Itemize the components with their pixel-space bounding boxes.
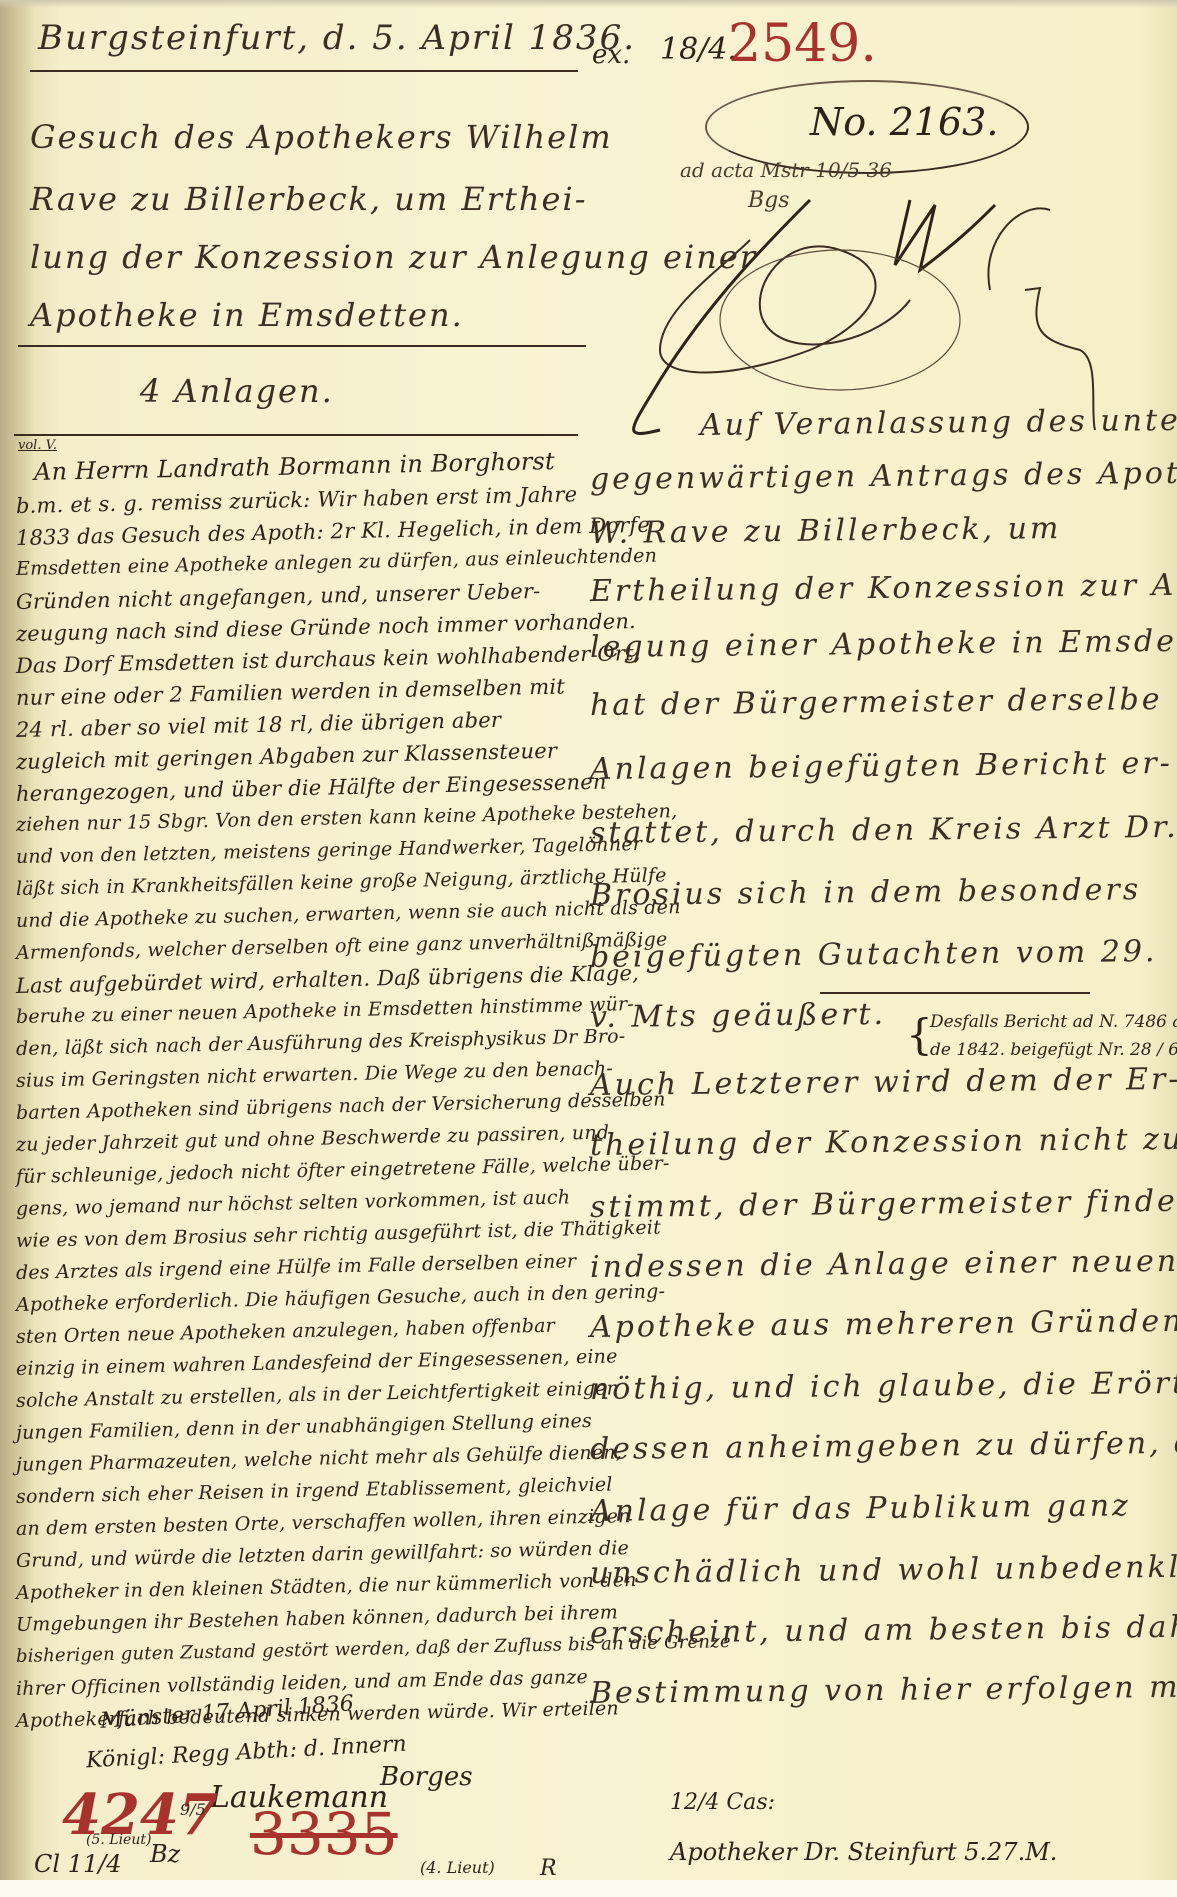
text-line: Umgebungen ihr Bestehen haben können, da…	[16, 1601, 618, 1636]
manuscript-page: Burgsteinfurt, d. 5. April 1836. ex. 18/…	[0, 0, 1177, 1897]
column-top-divider	[14, 434, 578, 436]
text-line: Armenfonds, welcher derselben oft eine g…	[16, 928, 668, 964]
text-line: gens, wo jemand nur höchst selten vorkom…	[16, 1186, 571, 1220]
text-line: Anlage für das Publikum ganz	[590, 1488, 1131, 1529]
text-line: dessen anheimgeben zu dürfen, dass die	[590, 1424, 1177, 1467]
subject-line: Rave zu Billerbeck, um Erthei-	[30, 180, 588, 218]
footnote-bottom-center: (4. Lieut)	[420, 1858, 495, 1877]
text-line: 1833 das Gesuch des Apoth: 2r Kl. Hegeli…	[16, 513, 650, 550]
page-bottom-edge	[0, 1880, 1177, 1897]
heading-underline	[30, 70, 578, 72]
text-line: für schleunige, jedoch nicht öfter einge…	[16, 1152, 670, 1188]
text-line: zu jeder Jahrzeit gut und ohne Beschwerd…	[16, 1122, 610, 1156]
enclosures-note: 4 Anlagen.	[140, 372, 334, 410]
text-line: nöthig, und ich glaube, die Erörterung	[590, 1365, 1177, 1407]
bracket-note-line2: de 1842. beigefügt Nr. 28 / 6.42	[930, 1040, 1177, 1060]
text-line: nur eine oder 2 Familien werden in demse…	[16, 675, 565, 710]
text-line: unschädlich und wohl unbedenklich	[590, 1549, 1177, 1591]
text-line: sten Orten neue Apotheken anzulegen, hab…	[16, 1315, 555, 1348]
text-line: stattet, durch den Kreis Arzt Dr.	[590, 810, 1177, 851]
ad-acta-note: ad acta Mstr 10/5 36	[680, 158, 892, 182]
text-line: an dem ersten besten Orte, verschaffen w…	[16, 1505, 631, 1540]
text-line: hat der Bürgermeister derselbe	[590, 682, 1163, 723]
lower-note-line: Apotheker Dr. Steinfurt 5.27.M.	[670, 1838, 1057, 1866]
subject-line: Gesuch des Apothekers Wilhelm	[30, 118, 613, 156]
text-line: 24 rl. aber so viel mit 18 rl, die übrig…	[16, 708, 502, 742]
text-line: beigefügten Gutachten vom 29.	[590, 934, 1158, 975]
text-line: Emsdetten eine Apotheke anlegen zu dürfe…	[16, 545, 657, 580]
flourish-signature-icon	[600, 180, 1160, 440]
text-line: Brosius sich in dem besonders	[590, 872, 1142, 913]
text-line: Auch Letzterer wird dem der Er-	[590, 1062, 1177, 1103]
text-line: theilung der Konzession nicht zu-	[590, 1122, 1177, 1163]
text-line: den, läßt sich nach der Ausführung des K…	[16, 1025, 626, 1060]
text-line: Auf Veranlassung des unterm	[700, 402, 1177, 443]
place-date-heading: Burgsteinfurt, d. 5. April 1836.	[38, 18, 636, 58]
text-line: Grund, und würde die letzten darin gewil…	[16, 1537, 629, 1572]
text-line: jungen Familien, denn in der unabhängige…	[16, 1410, 592, 1444]
text-line: Anlagen beigefügten Bericht er-	[590, 746, 1173, 787]
text-line: indessen die Anlage einer neuen	[590, 1244, 1177, 1285]
text-line: stimmt, der Bürgermeister findet	[590, 1184, 1177, 1225]
text-line: ziehen nur 15 Sbgr. Von den ersten kann …	[16, 800, 678, 836]
received-date: 18/4.	[660, 32, 737, 67]
circled-number: No. 2163.	[810, 100, 998, 144]
text-line: W. Rave zu Billerbeck, um	[590, 511, 1062, 551]
marginal-note: ex.	[592, 40, 630, 70]
text-line: jungen Pharmazeuten, welche nicht mehr a…	[16, 1441, 622, 1476]
text-line: läßt sich in Krankheitsfällen keine groß…	[16, 864, 667, 900]
text-line: gegenwärtigen Antrags des Apothekers	[590, 455, 1177, 497]
text-line: einzig in einem wahren Landesfeind der E…	[16, 1345, 618, 1380]
page-top-edge	[0, 0, 1177, 8]
text-line: v. Mts geäußert.	[590, 997, 886, 1035]
text-line: barten Apotheken sind übrigens nach der …	[16, 1088, 666, 1124]
volume-ref: vol. V.	[18, 438, 57, 453]
text-line: Bestimmung von hier erfolgen möge.	[590, 1669, 1177, 1711]
text-line: des Arztes als irgend eine Hülfe im Fall…	[16, 1250, 577, 1284]
lower-note-date: 12/4 Cas:	[670, 1790, 775, 1815]
text-line: erscheint, und am besten bis dahin	[590, 1609, 1177, 1651]
signature-borges: Borges	[380, 1762, 473, 1792]
footnote-initial: Bz	[150, 1840, 180, 1868]
red-number-fraction: 9/5	[180, 1800, 206, 1819]
red-number-struck: 3335	[250, 1800, 398, 1868]
authority-signature-line: Königl: Regg Abth: d. Innern	[86, 1732, 408, 1774]
text-line: An Herrn Landrath Bormann in Borghorst	[34, 447, 555, 486]
footnote-bottom-left: Cl 11/4	[34, 1850, 122, 1878]
text-line: Gründen nicht angefangen, und, unserer U…	[16, 579, 541, 614]
subject-line: Apotheke in Emsdetten.	[30, 296, 464, 334]
text-line: solche Anstalt zu erstellen, als in der …	[16, 1377, 616, 1412]
text-line: b.m. et s. g. remiss zurück: Wir haben e…	[16, 482, 578, 518]
text-line: legung einer Apotheke in Emsdetten,	[590, 623, 1177, 665]
text-line: sius im Geringsten nicht erwarten. Die W…	[16, 1057, 613, 1091]
text-line: und von den letzten, meistens geringe Ha…	[16, 833, 643, 868]
text-line: zugleich mit geringen Abgaben zur Klasse…	[16, 739, 558, 774]
subject-line: lung der Konzession zur Anlegung einer	[30, 238, 757, 276]
footnote-mark: R	[540, 1856, 557, 1881]
red-register-number: 2549.	[728, 14, 877, 74]
gutachten-underline	[820, 992, 1090, 994]
text-line: Apotheke erforderlich. Die häufigen Gesu…	[16, 1280, 666, 1316]
text-line: Apotheker in den kleinen Städten, die nu…	[16, 1569, 637, 1604]
text-line: wie es von dem Brosius sehr richtig ausg…	[16, 1216, 661, 1252]
text-line: Apotheke aus mehreren Gründen für	[590, 1303, 1177, 1345]
curly-bracket-icon: {	[906, 1010, 933, 1059]
text-line: beruhe zu einer neuen Apotheke in Emsdet…	[16, 993, 634, 1028]
text-line: sondern sich eher Reisen in irgend Etabl…	[16, 1474, 613, 1508]
text-line: herangezogen, und über die Hälfte der Ei…	[16, 770, 607, 806]
text-line: und die Apotheke zu suchen, erwarten, we…	[16, 896, 681, 932]
bracket-note-line1: Desfalls Bericht ad N. 7486 a	[930, 1012, 1177, 1032]
text-line: Ertheilung der Konzession zur An-	[590, 567, 1177, 609]
text-line: zeugung nach sind diese Gründe noch imme…	[16, 609, 636, 646]
text-line: Das Dorf Emsdetten ist durchaus kein woh…	[16, 641, 641, 678]
footnote-left: (5. Lieut)	[86, 1832, 151, 1848]
text-line: Last aufgebürdet wird, erhalten. Daß übr…	[16, 961, 639, 998]
subject-divider	[18, 345, 586, 347]
